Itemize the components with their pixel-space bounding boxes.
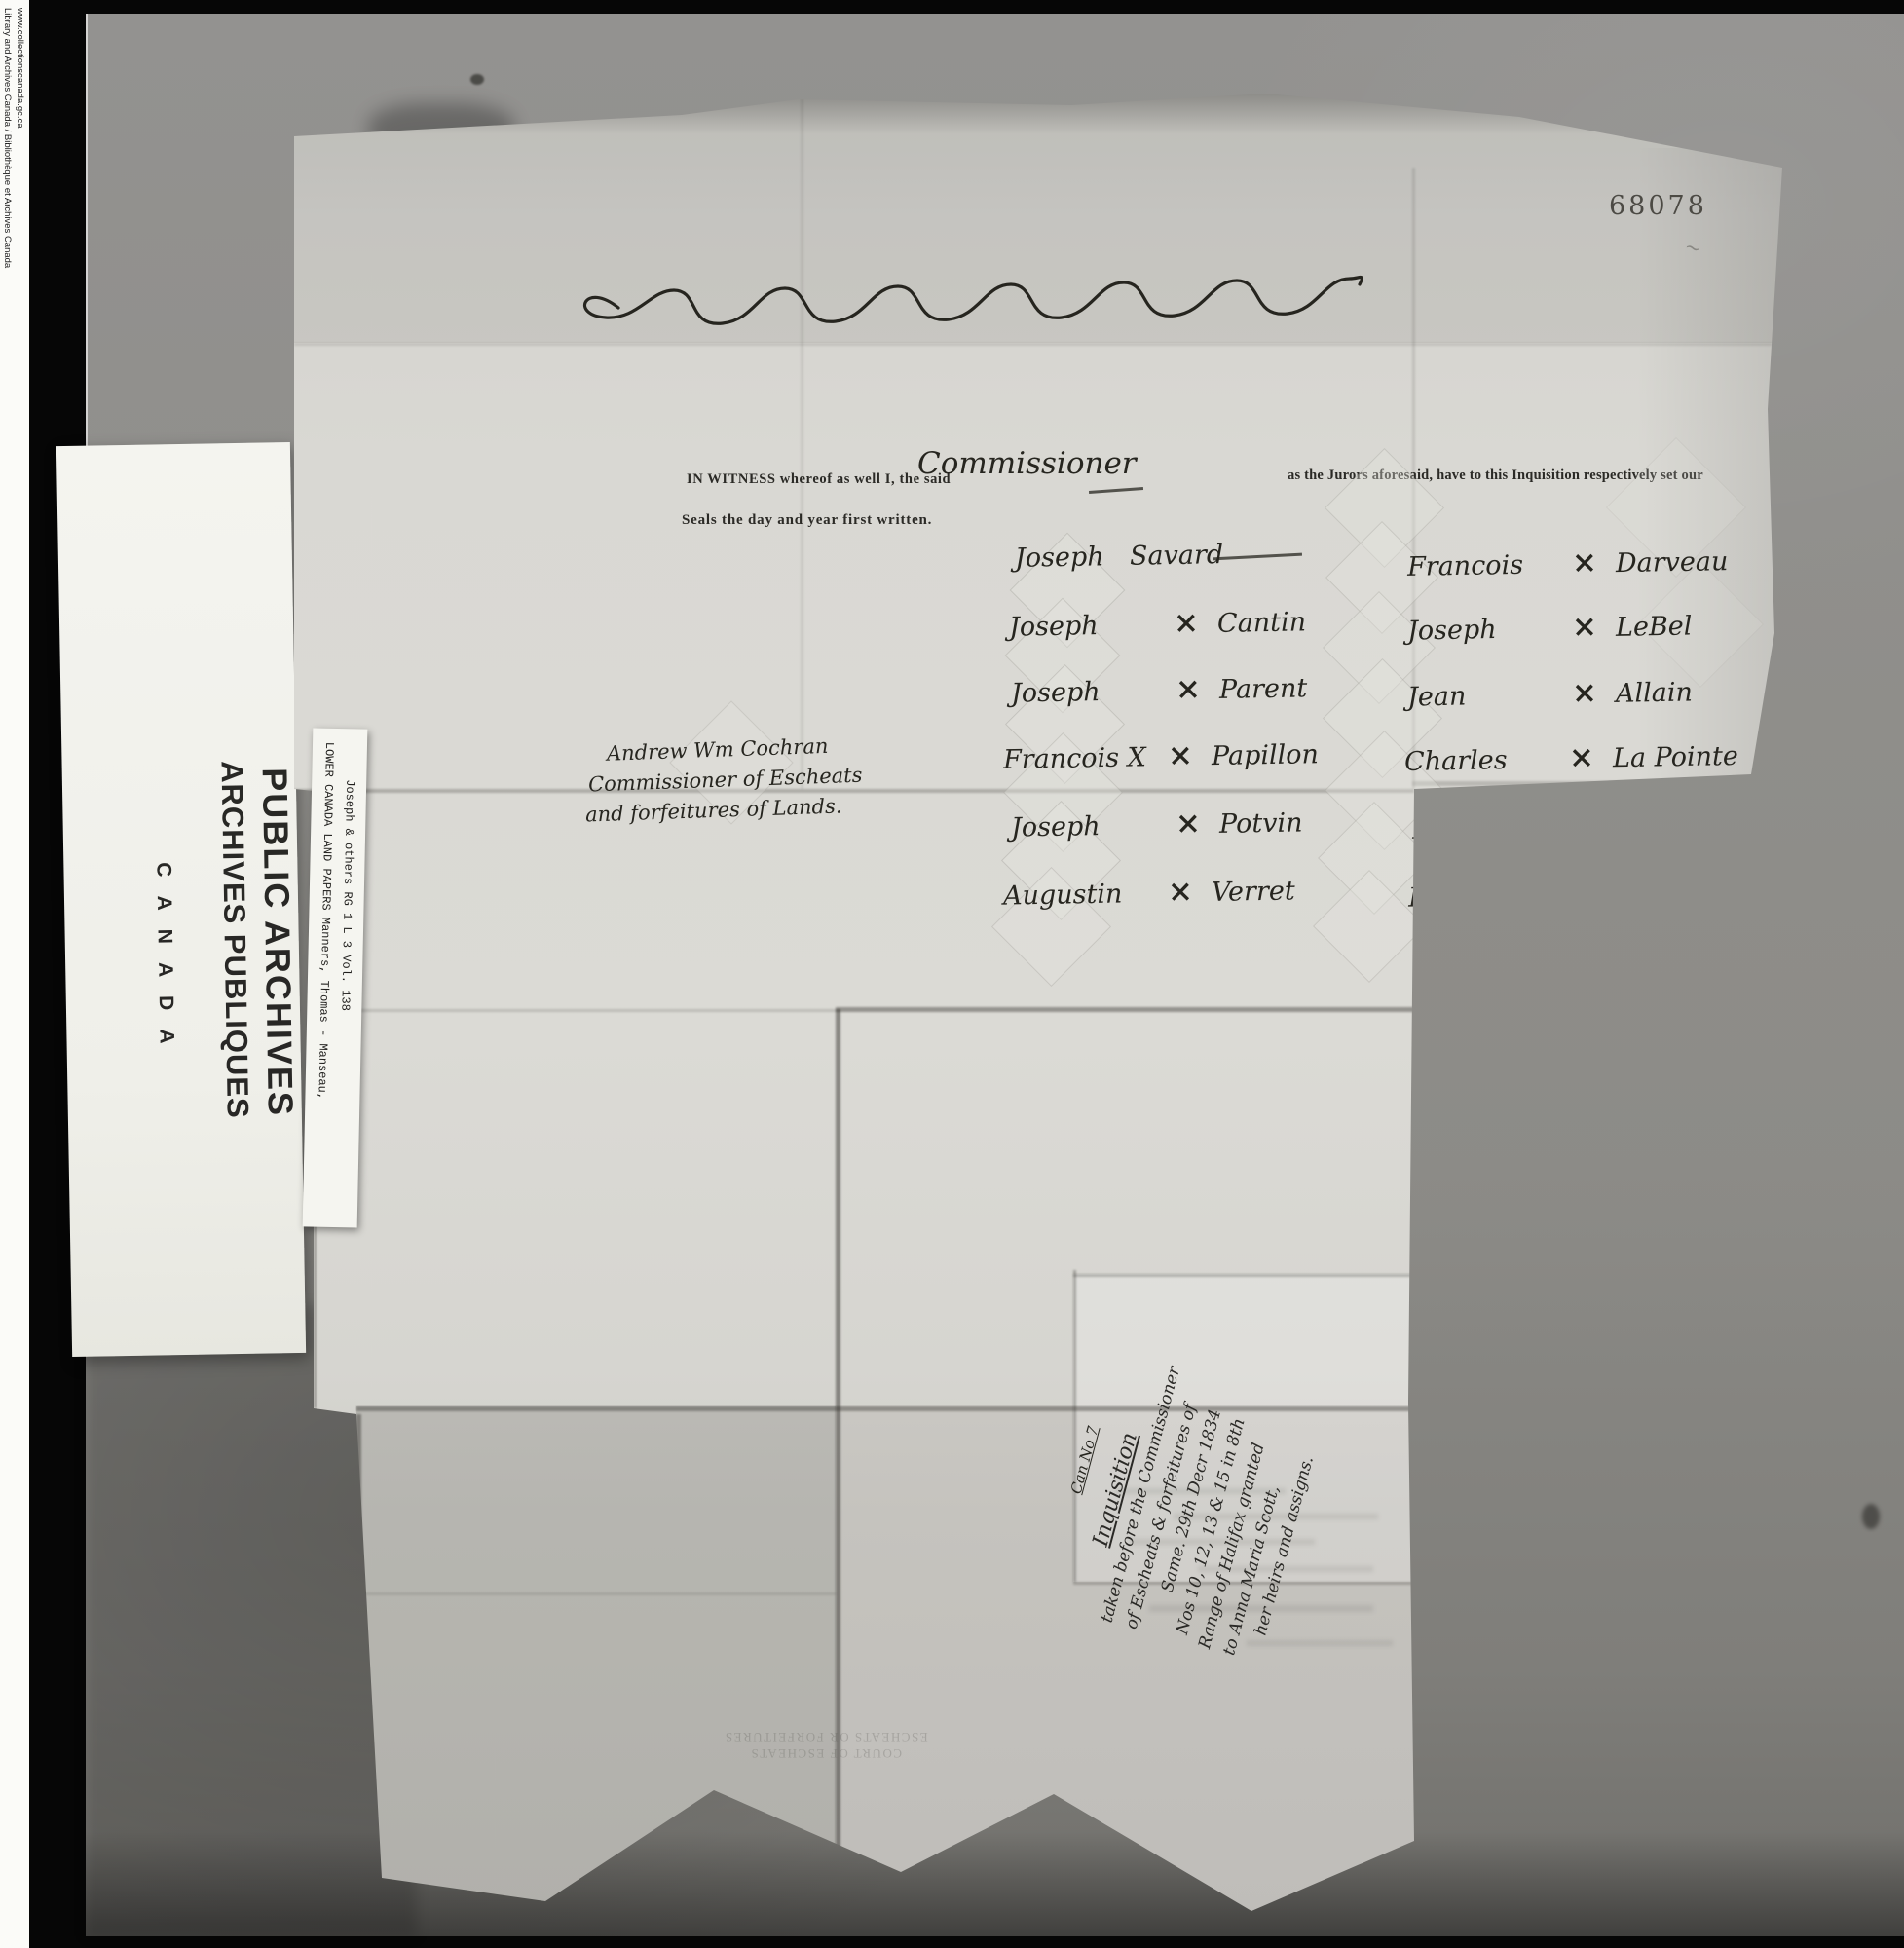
crease-horizontal-mid-left bbox=[312, 1009, 836, 1012]
signature-surname: LeBel bbox=[1616, 611, 1693, 642]
faint-stamp-line2: ESCHEATS OR FORFEITURES bbox=[714, 1729, 938, 1745]
signature-surname: Verret bbox=[1212, 876, 1295, 907]
signature-given: Joseph bbox=[1015, 542, 1131, 574]
signature-mark: × bbox=[1149, 874, 1213, 910]
signature-given: Joseph bbox=[1011, 810, 1158, 843]
signature-given: Joseph bbox=[1009, 610, 1156, 643]
archive-envelope: PUBLIC ARCHIVES ARCHIVES PUBLIQUES C A N… bbox=[56, 442, 306, 1357]
signature-mark: × bbox=[1553, 675, 1617, 711]
signature-given: Charles bbox=[1404, 744, 1551, 777]
signature-surname: Cantin bbox=[1217, 607, 1307, 639]
source-credit-text: Library and Archives Canada / Bibliothèq… bbox=[2, 8, 13, 268]
pen-flourish bbox=[575, 261, 1373, 343]
witness-clause-before: IN WITNESS whereof as well I, the said bbox=[687, 471, 951, 488]
signature-surname: Parent bbox=[1219, 673, 1308, 705]
signature-row: Jean × Allain bbox=[1407, 673, 1693, 713]
signature-given: Francois X bbox=[1003, 742, 1150, 775]
ink-showthrough bbox=[1130, 1539, 1315, 1545]
signature-row: Charles × La Pointe bbox=[1404, 737, 1738, 778]
crease-horizontal-upper bbox=[294, 343, 1773, 346]
signature-surname: Darveau bbox=[1616, 546, 1729, 579]
signature-row: Augustin × Verret bbox=[1003, 872, 1295, 912]
signature-surname: La Pointe bbox=[1613, 741, 1738, 773]
signature-surname: Potvin bbox=[1219, 807, 1303, 839]
signature-row: Joseph × Parent bbox=[1011, 669, 1308, 709]
signature-mark: × bbox=[1550, 739, 1614, 775]
signature-given: Joseph bbox=[1407, 614, 1554, 647]
archival-scan: PUBLIC ARCHIVES ARCHIVES PUBLIQUES C A N… bbox=[0, 0, 1904, 1948]
signature-given: Joseph bbox=[1011, 676, 1158, 709]
signature-mark: × bbox=[1553, 609, 1617, 645]
signature-row: Joseph × Potvin bbox=[1011, 804, 1303, 843]
file-label: LOWER CANADA LAND PAPERS Manners, Thomas… bbox=[303, 728, 368, 1227]
signature-row: Joseph × Cantin bbox=[1009, 603, 1307, 643]
ink-showthrough bbox=[1198, 1566, 1373, 1572]
file-label-line1: LOWER CANADA LAND PAPERS Manners, Thomas… bbox=[315, 742, 336, 1100]
public-archives-stamp-line3: C A N A D A bbox=[151, 862, 177, 1051]
signature-surname: Papillon bbox=[1212, 739, 1319, 771]
signature-row: Joseph Savard bbox=[1015, 540, 1224, 574]
backdrop-spot bbox=[470, 74, 484, 85]
signature-surname: Savard bbox=[1130, 540, 1224, 572]
ink-showthrough bbox=[1174, 1514, 1378, 1519]
faint-stamp-line1: COURT OF ESCHEATS bbox=[714, 1745, 938, 1762]
signature-row: Francois X × Papillon bbox=[1003, 735, 1319, 776]
signature-row: Francois × Darveau bbox=[1407, 543, 1729, 583]
signature-flourish bbox=[1213, 553, 1302, 561]
ink-showthrough bbox=[1115, 1488, 1286, 1494]
ink-showthrough bbox=[1247, 1640, 1393, 1646]
backdrop-shadow-bottom bbox=[86, 1831, 1904, 1936]
commissioner-signature: Andrew Wm Cochran Commissioner of Eschea… bbox=[582, 729, 897, 830]
crease-horizontal-lowest-left bbox=[360, 1592, 836, 1595]
ink-showthrough bbox=[1149, 1605, 1373, 1612]
signature-row: Joseph × LeBel bbox=[1407, 607, 1693, 647]
witness-clause-line2: Seals the day and year first written. bbox=[682, 512, 932, 529]
signature-given: Jean bbox=[1407, 680, 1554, 713]
file-label-line2: Joseph & others RG 1 L 3 Vol. 138 bbox=[338, 779, 356, 1011]
witness-insert-commissioner: Commissioner bbox=[917, 446, 1137, 481]
public-archives-stamp-line1: PUBLIC ARCHIVES bbox=[254, 768, 301, 1117]
backdrop-right-mark bbox=[1862, 1504, 1880, 1529]
signature-mark: × bbox=[1157, 805, 1220, 842]
docket-fold-left bbox=[1073, 1270, 1076, 1582]
signature-mark: × bbox=[1149, 737, 1213, 773]
fold-vertical-top-sheet bbox=[801, 99, 803, 789]
crease-horizontal-mid-right bbox=[836, 1007, 1414, 1012]
public-archives-stamp-line2: ARCHIVES PUBLIQUES bbox=[214, 761, 255, 1119]
page-number: 68078 bbox=[1609, 191, 1707, 221]
fold-vertical-center bbox=[836, 1009, 840, 1903]
source-url-text: www.collectionscanada.gc.ca bbox=[15, 8, 25, 129]
signature-given: Augustin bbox=[1003, 879, 1150, 912]
signature-mark: × bbox=[1553, 544, 1617, 581]
pen-tick-mark: ~ bbox=[1682, 234, 1704, 261]
signature-mark: × bbox=[1157, 671, 1220, 707]
faint-inverted-stamp: COURT OF ESCHEATS ESCHEATS OR FORFEITURE… bbox=[714, 1729, 938, 1762]
signature-surname: Allain bbox=[1616, 677, 1693, 708]
source-credit-strip: Library and Archives Canada / Bibliothèq… bbox=[0, 0, 29, 1948]
insert-flourish bbox=[1089, 487, 1143, 494]
signature-given: Francois bbox=[1407, 549, 1554, 582]
signature-mark: × bbox=[1155, 605, 1218, 641]
